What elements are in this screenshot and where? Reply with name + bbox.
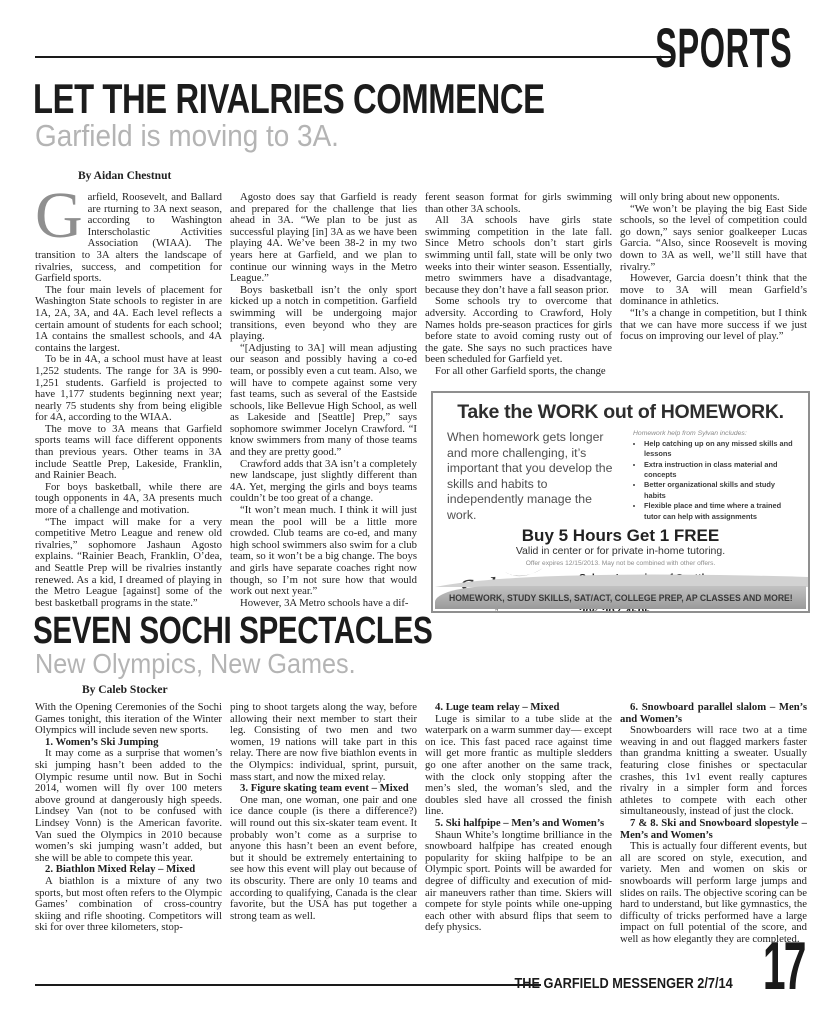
sylvan-advertisement: Take the WORK out of HOMEWORK. When home…: [431, 391, 810, 613]
paragraph: ping to shoot targets along the way, bef…: [230, 702, 417, 783]
paragraph: The move to 3A means that Garfield sport…: [35, 424, 222, 482]
article1-subhead: Garfield is moving to 3A.: [35, 120, 339, 151]
paragraph: will only bring about new opponents.: [620, 192, 807, 204]
paragraph: A biathlon is a mixture of any two sport…: [35, 876, 222, 934]
ad-banner: HOMEWORK, STUDY SKILLS, SAT/ACT, COLLEGE…: [435, 586, 806, 609]
event-heading: 4. Luge team relay – Mixed: [425, 702, 612, 714]
ad-offer-title: Buy 5 Hours Get 1 FREE: [433, 527, 808, 546]
ad-offer-subtitle: Valid in center or for private in-home t…: [433, 546, 808, 558]
event-heading: 5. Ski halfpipe – Men’s and Women’s: [425, 818, 612, 830]
paragraph: However, 3A Metro schools have a dif-: [230, 598, 417, 610]
ad-bullet: Better organizational skills and study h…: [644, 480, 796, 501]
article2-byline: By Caleb Stocker: [82, 684, 168, 696]
paragraph: Agosto does say that Garfield is ready a…: [230, 192, 417, 285]
paragraph: To be in 4A, a school must have at least…: [35, 354, 222, 424]
ad-offer-fine-print: Offer expires 12/15/2013. May not be com…: [433, 560, 808, 567]
ad-bullet: Flexible place and time where a trained …: [644, 501, 796, 522]
article2-headline: SEVEN SOCHI SPECTACLES: [33, 612, 432, 650]
paragraph: “We won’t be playing the big East Side s…: [620, 204, 807, 274]
ad-offer: Buy 5 Hours Get 1 FREE Valid in center o…: [433, 527, 808, 567]
paragraph: Snowboarders will race two at a time wea…: [620, 725, 807, 818]
ad-intro-text: When homework gets longer and more chall…: [447, 430, 623, 524]
paragraph: “[Adjusting to 3A] will mean adjusting o…: [230, 343, 417, 459]
event-heading: 6. Snowboard parallel slalom – Men’s and…: [620, 702, 807, 725]
paragraph: Crawford adds that 3A isn’t a completely…: [230, 459, 417, 505]
article2-subhead: New Olympics, New Games.: [35, 650, 356, 678]
page-number: 17: [763, 932, 805, 1000]
paragraph: The four main levels of placement for Wa…: [35, 285, 222, 355]
paragraph: Luge is similar to a tube slide at the w…: [425, 714, 612, 818]
masthead-rule: [35, 56, 672, 58]
ad-headline: Take the WORK out of HOMEWORK.: [433, 401, 808, 424]
drop-cap: G: [35, 193, 83, 239]
ad-bullet: Extra instruction in class material and …: [644, 460, 796, 481]
article1-column-2: Agosto does say that Garfield is ready a…: [230, 192, 417, 618]
paragraph: However, Garcia doesn’t think that the m…: [620, 273, 807, 308]
article2-column-2: ping to shoot targets along the way, bef…: [230, 702, 417, 980]
paragraph: With the Opening Ceremonies of the Sochi…: [35, 702, 222, 737]
paragraph: One man, one woman, one pair and one ice…: [230, 795, 417, 923]
article1-column-4: will only bring about new opponents. “We…: [620, 192, 807, 389]
article1-headline: LET THE RIVALRIES COMMENCE: [33, 78, 545, 120]
event-heading: 3. Figure skating team event – Mixed: [230, 783, 417, 795]
article1-column-1: Garfield, Roosevelt, and Ballard are rtu…: [35, 192, 222, 618]
ad-benefits-list: Homework help from Sylvan includes: Help…: [633, 430, 796, 524]
footer-rule: [35, 984, 541, 986]
section-title: SPORTS: [655, 20, 792, 76]
paragraph: Shaun White’s longtime brilliance in the…: [425, 830, 612, 934]
paragraph: “It won’t mean much. I think it will jus…: [230, 505, 417, 598]
ad-body: When homework gets longer and more chall…: [433, 424, 808, 524]
newspaper-page: SPORTS LET THE RIVALRIES COMMENCE Garfie…: [0, 0, 819, 1024]
paragraph: “The impact will make for a very competi…: [35, 517, 222, 610]
paragraph: Boys basketball isn’t the only sport kic…: [230, 285, 417, 343]
article2-column-3: 4. Luge team relay – Mixed Luge is simil…: [425, 702, 612, 980]
paragraph: “It’s a change in competition, but I thi…: [620, 308, 807, 343]
publication-name: THE GARFIELD MESSENGER 2/7/14: [515, 975, 733, 992]
article1-byline: By Aidan Chestnut: [78, 170, 171, 182]
event-heading: 7 & 8. Ski and Snowboard slopestyle – Me…: [620, 818, 807, 841]
paragraph: For all other Garfield sports, the chang…: [425, 366, 612, 378]
paragraph: All 3A schools have girls state swimming…: [425, 215, 612, 296]
paragraph: Some schools try to overcome that advers…: [425, 296, 612, 366]
ad-banner-text: HOMEWORK, STUDY SKILLS, SAT/ACT, COLLEGE…: [449, 593, 793, 603]
ad-swoosh-decoration: [435, 571, 810, 587]
article1-column-3: ferent season format for girls swimming …: [425, 192, 612, 389]
ad-list-intro: Homework help from Sylvan includes:: [633, 430, 796, 437]
article2-column-1: With the Opening Ceremonies of the Sochi…: [35, 702, 222, 980]
paragraph: Garfield, Roosevelt, and Ballard are rtu…: [35, 192, 222, 285]
article2-body: With the Opening Ceremonies of the Sochi…: [35, 702, 809, 980]
ad-bullet: Help catching up on any missed skills an…: [644, 439, 796, 460]
paragraph: It may come as a surprise that women’s s…: [35, 748, 222, 864]
paragraph: ferent season format for girls swimming …: [425, 192, 612, 215]
paragraph: For boys basketball, while there are tou…: [35, 482, 222, 517]
